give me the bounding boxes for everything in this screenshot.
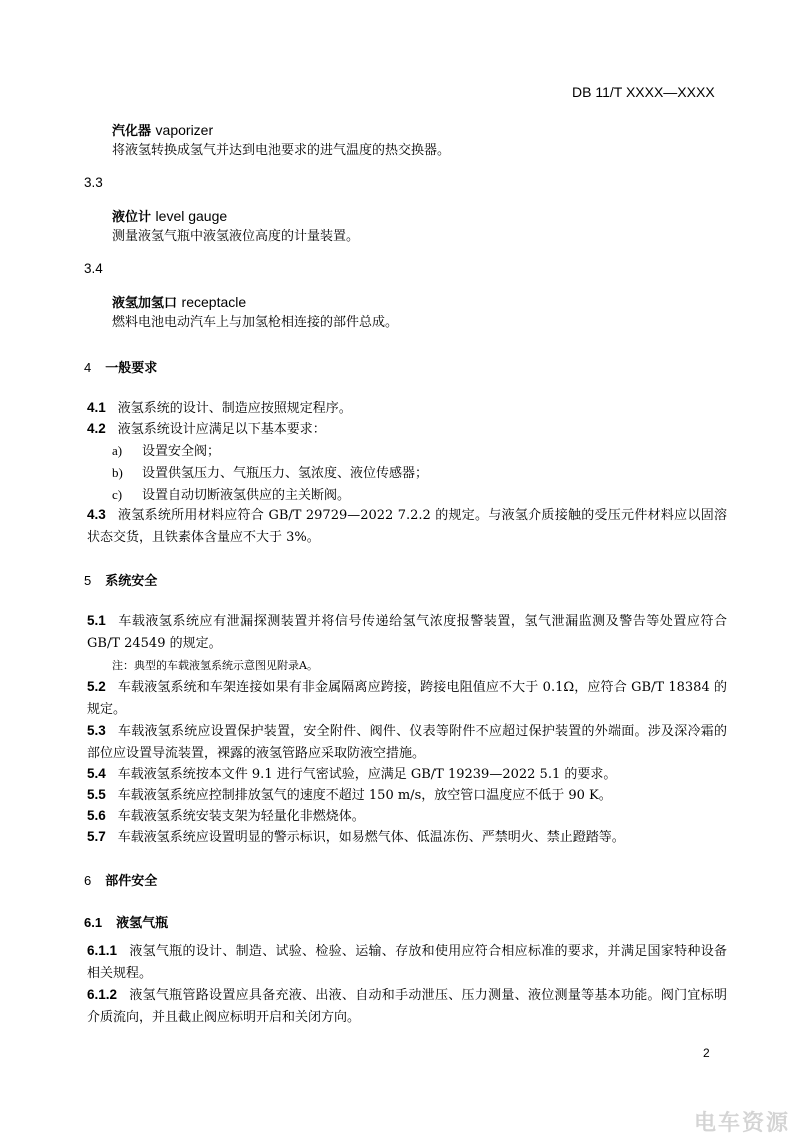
- term-vaporizer: 汽化器 vaporizer: [112, 120, 213, 139]
- note: 注：典型的车载液氢系统示意图见附录A。: [112, 657, 318, 673]
- section-number: 5: [84, 573, 91, 588]
- clause: 5.1车载液氢系统应有泄漏探测装置并将信号传递给氢气浓度报警装置，氢气泄漏监测及…: [87, 610, 727, 655]
- document-code: DB 11/T XXXX—XXXX: [572, 84, 715, 100]
- clause-number: 5.5: [87, 787, 106, 802]
- clause-text: 液氢气瓶的设计、制造、试验、检验、运输、存放和使用应符合相应标准的要求，并满足国…: [87, 944, 727, 981]
- clause-text: 液氢系统的设计、制造应按照规定程序。: [118, 401, 352, 416]
- term-en: receptacle: [182, 294, 247, 310]
- clause-number: 5.4: [87, 766, 106, 781]
- section-heading: 4一般要求: [84, 357, 157, 376]
- section-title: 系统安全: [105, 574, 157, 589]
- subsection-title: 液氢气瓶: [116, 916, 168, 931]
- term-receptacle: 液氢加氢口 receptacle: [112, 292, 246, 311]
- clause-number: 5.6: [87, 808, 106, 823]
- term-definition: 测量液氢气瓶中液氢液位高度的计量装置。: [112, 226, 359, 248]
- section-heading: 6部件安全: [84, 870, 157, 889]
- clause-number: 5.7: [87, 829, 106, 844]
- clause-number: 6.1.2: [87, 987, 117, 1002]
- clause-text: 车载液氢系统应有泄漏探测装置并将信号传递给氢气浓度报警装置，氢气泄漏监测及警告等…: [87, 614, 727, 651]
- section-number: 4: [84, 360, 91, 375]
- list-marker: c): [112, 484, 142, 506]
- term-level-gauge: 液位计 level gauge: [112, 206, 227, 225]
- clause: 5.2车载液氢系统和车架连接如果有非金属隔离应跨接，跨接电阻值应不大于 0.1Ω…: [87, 676, 727, 721]
- clause-text: 液氢系统设计应满足以下基本要求：: [118, 422, 326, 437]
- clause: 4.1液氢系统的设计、制造应按照规定程序。: [87, 397, 727, 420]
- term-zh: 液位计: [112, 210, 151, 225]
- clause-number: 5.2: [87, 679, 106, 694]
- section-title: 部件安全: [105, 874, 157, 889]
- clause-number: 4.1: [87, 400, 106, 415]
- clause: 4.3液氢系统所用材料应符合 GB/T 29729—2022 7.2.2 的规定…: [87, 504, 727, 549]
- clause: 5.7车载液氢系统应设置明显的警示标识，如易燃气体、低温冻伤、严禁明火、禁止蹬踏…: [87, 826, 727, 849]
- subsection-number: 6.1: [84, 915, 102, 930]
- term-number: 3.4: [84, 261, 103, 276]
- clause-text: 车载液氢系统应设置明显的警示标识，如易燃气体、低温冻伤、严禁明火、禁止蹬踏等。: [118, 830, 625, 845]
- term-en: vaporizer: [156, 122, 214, 138]
- clause-text: 车载液氢系统安装支架为轻量化非燃烧体。: [118, 809, 365, 824]
- clause-text: 车载液氢系统应设置保护装置，安全附件、阀件、仪表等附件不应超过保护装置的外端面。…: [87, 724, 727, 761]
- list-text: 设置安全阀；: [142, 444, 220, 459]
- clause-text: 车载液氢系统按本文件 9.1 进行气密试验，应满足 GB/T 19239—202…: [118, 767, 617, 782]
- page-number: 2: [703, 1046, 710, 1060]
- clause: 6.1.1液氢气瓶的设计、制造、试验、检验、运输、存放和使用应符合相应标准的要求…: [87, 940, 727, 985]
- clause: 6.1.2液氢气瓶管路设置应具备充液、出液、自动和手动泄压、压力测量、液位测量等…: [87, 984, 727, 1029]
- clause: 5.6车载液氢系统安装支架为轻量化非燃烧体。: [87, 805, 727, 828]
- clause-text: 车载液氢系统应控制排放氢气的速度不超过 150 m/s，放空管口温度应不低于 9…: [118, 788, 612, 803]
- list-text: 设置供氢压力、气瓶压力、氢浓度、液位传感器；: [142, 466, 428, 481]
- list-item: b)设置供氢压力、气瓶压力、氢浓度、液位传感器；: [112, 462, 428, 485]
- clause-text: 车载液氢系统和车架连接如果有非金属隔离应跨接，跨接电阻值应不大于 0.1Ω，应符…: [87, 680, 727, 717]
- section-heading: 5系统安全: [84, 570, 157, 589]
- term-en: level gauge: [156, 208, 228, 224]
- clause: 5.4车载液氢系统按本文件 9.1 进行气密试验，应满足 GB/T 19239—…: [87, 763, 727, 786]
- clause-number: 5.3: [87, 723, 106, 738]
- term-zh: 汽化器: [112, 124, 151, 139]
- clause-text: 液氢系统所用材料应符合 GB/T 29729—2022 7.2.2 的规定。与液…: [87, 508, 727, 545]
- list-marker: b): [112, 462, 142, 484]
- term-number: 3.3: [84, 175, 103, 190]
- list-text: 设置自动切断液氢供应的主关断阀。: [142, 488, 350, 503]
- term-definition: 将液氢转换成氢气并达到电池要求的进气温度的热交换器。: [112, 140, 450, 162]
- clause-number: 4.3: [87, 507, 106, 522]
- watermark-logo: 电车资源: [694, 1106, 790, 1134]
- section-title: 一般要求: [105, 361, 157, 376]
- term-zh: 液氢加氢口: [112, 296, 177, 311]
- clause: 5.3车载液氢系统应设置保护装置，安全附件、阀件、仪表等附件不应超过保护装置的外…: [87, 720, 727, 765]
- clause-number: 4.2: [87, 421, 106, 436]
- subsection-heading: 6.1液氢气瓶: [84, 912, 168, 931]
- clause-text: 液氢气瓶管路设置应具备充液、出液、自动和手动泄压、压力测量、液位测量等基本功能。…: [87, 988, 727, 1025]
- clause: 4.2液氢系统设计应满足以下基本要求：: [87, 418, 727, 441]
- term-definition: 燃料电池电动汽车上与加氢枪相连接的部件总成。: [112, 312, 398, 334]
- clause-number: 5.1: [87, 613, 106, 628]
- section-number: 6: [84, 873, 91, 888]
- clause-number: 6.1.1: [87, 943, 117, 958]
- list-item: a)设置安全阀；: [112, 440, 220, 463]
- list-marker: a): [112, 440, 142, 462]
- clause: 5.5车载液氢系统应控制排放氢气的速度不超过 150 m/s，放空管口温度应不低…: [87, 784, 727, 807]
